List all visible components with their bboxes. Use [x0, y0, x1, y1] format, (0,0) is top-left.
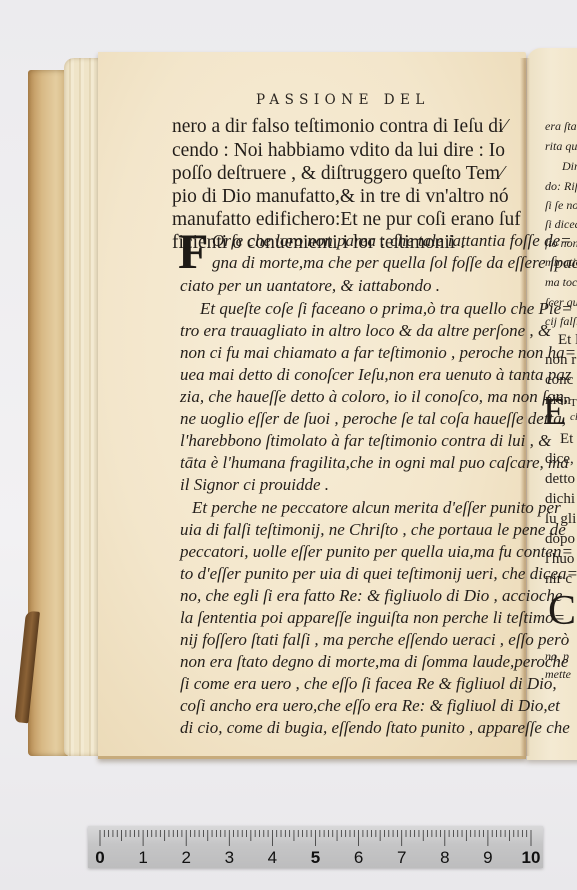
right-text-line: ſi dicea — [545, 218, 577, 230]
book-photo: PASSIONE DEL nero a dir falso teſtimonio… — [0, 0, 577, 890]
right-text-line: l'huo — [545, 552, 574, 567]
scale-ruler: 012345678910 — [88, 826, 543, 868]
right-text-line: Dir — [562, 160, 577, 172]
right-text-line: cij falſi — [545, 315, 577, 327]
text-line: coſi ancho era uero,che eſſo era Re: & f… — [180, 697, 560, 714]
text-line: nij foſſero ſtati falſi , ma perche eſſe… — [180, 631, 569, 648]
right-text-line: non r — [545, 353, 576, 368]
text-line: gna di morte,ma che per quella ſol foſſe… — [212, 254, 577, 271]
right-text-line: dice, — [545, 452, 574, 467]
right-text-line: ſcer qu — [545, 296, 577, 308]
ruler-label: 9 — [483, 848, 492, 868]
running-head: PASSIONE DEL — [256, 92, 430, 108]
right-text-line: rita qu — [545, 140, 577, 152]
text-line: no, che egli ſi era fatto Re: & figliuol… — [180, 587, 562, 604]
right-text-line: ſto non — [545, 237, 577, 249]
right-text-line: ſu gli — [545, 512, 576, 527]
right-text-line: T — [570, 398, 577, 409]
text-line: ciato per un uantatore, & iattabondo . — [180, 277, 440, 294]
text-line: zia, che haueſſe detto à coloro, io il c… — [180, 388, 568, 405]
right-text-line: ſi ſe non — [545, 199, 577, 211]
right-text-line: Et — [560, 432, 573, 447]
right-drop-cap: C — [548, 590, 576, 632]
text-line: Et queſte coſe ſi faceano o prima,ò tra … — [200, 300, 573, 317]
text-line: il Signor ci prouidde . — [180, 476, 329, 493]
text-line: la ſententia poi appareſſe inguiſta non … — [180, 609, 565, 626]
text-line: uia di falſi teſtimonij, ne Chriſto , ch… — [180, 521, 566, 538]
right-text-line: cl — [570, 412, 577, 423]
right-text-line: Et l — [558, 333, 577, 348]
ruler-label: 5 — [311, 848, 320, 868]
right-text-line: dichi — [545, 492, 575, 507]
right-text-line: mette — [545, 668, 571, 680]
text-line: to d'eſſer punito per uia di quei teſtim… — [180, 565, 577, 582]
right-text-line: dopo — [545, 532, 575, 547]
text-line: nero a dir falso teſtimonio contra di Ie… — [172, 117, 507, 137]
right-text-line: minatio — [545, 256, 577, 268]
text-line: manufatto edifichero:Et ne pur coſi eran… — [172, 210, 521, 230]
page-edges — [64, 58, 102, 756]
text-line: non era ſtato degno di morte,ma di ſomma… — [180, 653, 568, 670]
text-line: pio di Dio manufatto,& in tre di vn'altr… — [172, 187, 509, 207]
ruler-label: 2 — [181, 848, 190, 868]
text-line: Orſe che loro non parea : che tale iatta… — [212, 232, 572, 249]
right-text-line: era ſtat — [545, 120, 577, 132]
ruler-label: 1 — [138, 848, 147, 868]
ruler-label: 6 — [354, 848, 363, 868]
text-line: poſſo deſtruere , & diſtruggero queſto T… — [172, 164, 503, 184]
right-text-line: no, p — [545, 650, 569, 662]
text-line: non ci fu mai chiamato a far teſtimonio … — [180, 344, 576, 361]
text-line: tāta è l'humana fragilita,che in ogni ma… — [180, 454, 569, 471]
text-line: peccatori, uolle eſſer punito per quella… — [180, 543, 573, 560]
ruler-label: 4 — [268, 848, 277, 868]
text-line: ne uoglio eſſer de ſuoi , peroche ſe tal… — [180, 410, 566, 427]
ruler-label: 8 — [440, 848, 449, 868]
text-line: ſi come era uero , che eſſo ſi facea Re … — [180, 675, 557, 692]
right-text-line: ma tocc — [545, 276, 577, 288]
ruler-label: 0 — [95, 848, 104, 868]
text-line: Et perche ne peccatore alcun merita d'eſ… — [192, 499, 561, 516]
ruler-label: 7 — [397, 848, 406, 868]
right-text-line: detto — [545, 472, 575, 487]
ruler-ticks — [88, 828, 543, 850]
text-line: di cio, come di bugia, eſſendo ſtato pun… — [180, 719, 570, 736]
ruler-label: 10 — [522, 848, 541, 868]
text-line: cendo : Noi habbiamo vdito da lui dire :… — [172, 141, 505, 161]
text-line: tro era trauagliato in altro loco & da a… — [180, 322, 551, 339]
right-text-line: conc — [545, 373, 573, 388]
right-text-line: do: Riſ — [545, 180, 577, 192]
text-line: l'harebbono ſtimolato à far teſtimonio c… — [180, 432, 551, 449]
text-line: uea mai detto di conoſcer Ieſu,non era u… — [180, 366, 571, 383]
right-drop-cap: E — [543, 393, 566, 431]
right-text-line: nir c — [545, 572, 572, 587]
ruler-label: 3 — [225, 848, 234, 868]
drop-cap: F — [178, 226, 209, 276]
